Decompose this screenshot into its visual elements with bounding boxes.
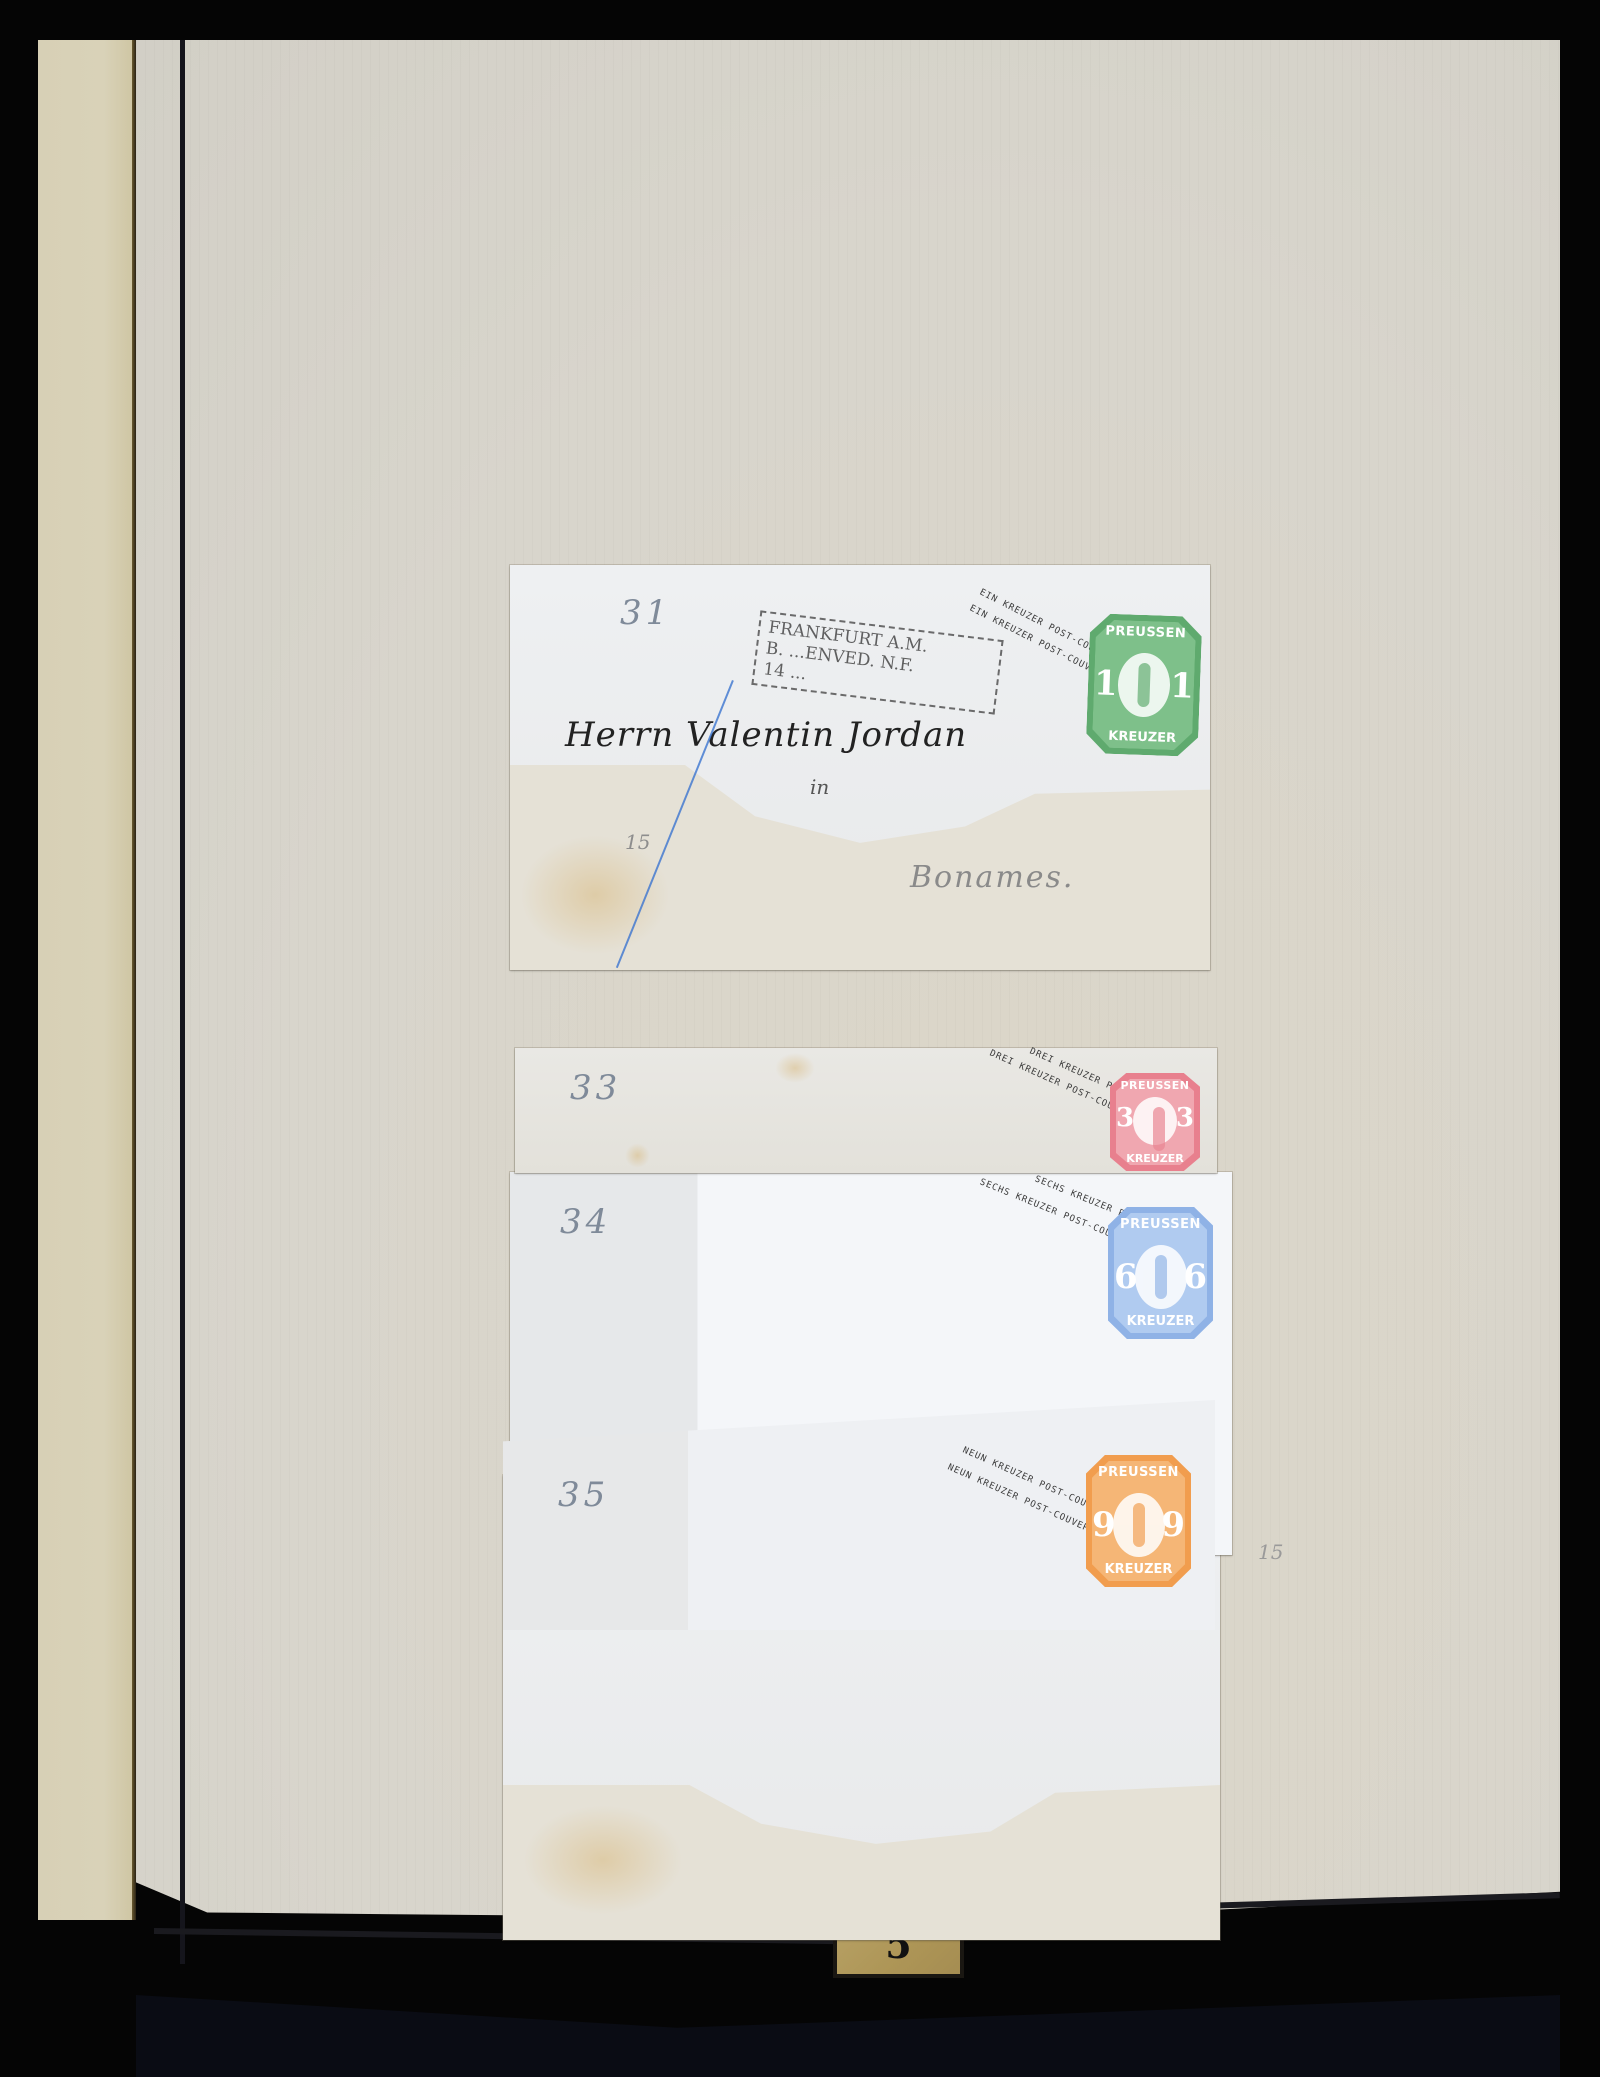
album-fold-edge xyxy=(132,40,136,1920)
catalog-number: 33 xyxy=(570,1068,621,1108)
stamp-6-kreuzer[interactable]: PREUSSEN 6 6 KREUZER xyxy=(1108,1207,1213,1339)
prussian-eagle-icon xyxy=(1133,1097,1177,1145)
catalog-number: 35 xyxy=(558,1475,609,1515)
age-stain xyxy=(523,1805,683,1915)
stamp-3-kreuzer[interactable]: PREUSSEN 3 3 KREUZER xyxy=(1110,1073,1200,1171)
age-stain xyxy=(625,1143,650,1168)
margin-pencil-note: 15 xyxy=(1258,1540,1283,1564)
prussian-eagle-icon xyxy=(1135,1245,1187,1309)
cover-33[interactable]: 33 DREI KREUZER POST-COUVERT DREI KREUZE… xyxy=(515,1048,1217,1173)
stamp-1-kreuzer[interactable]: PREUSSEN 1 1 KREUZER xyxy=(1086,613,1203,757)
frankfurt-postmark: FRANKFURT A.M. B. ...ENVED. N.F. 14 ... xyxy=(751,610,1003,714)
catalog-number: 34 xyxy=(560,1202,611,1242)
stamp-9-kreuzer[interactable]: PREUSSEN 9 9 KREUZER xyxy=(1086,1455,1191,1587)
page-border-vertical-rule xyxy=(180,40,185,1964)
pencil-note: 15 xyxy=(625,830,650,854)
cover-31[interactable]: 31 EIN KREUZER POST-COUVERT EIN KREUZER … xyxy=(510,565,1210,970)
album-spine-strip xyxy=(38,40,132,1920)
prussian-eagle-icon xyxy=(1113,1493,1165,1557)
page-shadow xyxy=(136,1995,1560,2077)
address-line-in: in xyxy=(810,775,829,799)
age-stain xyxy=(775,1053,815,1083)
catalog-number: 31 xyxy=(620,593,671,633)
destination: Bonames. xyxy=(910,860,1074,895)
addressee: Herrn Valentin Jordan xyxy=(565,715,967,755)
